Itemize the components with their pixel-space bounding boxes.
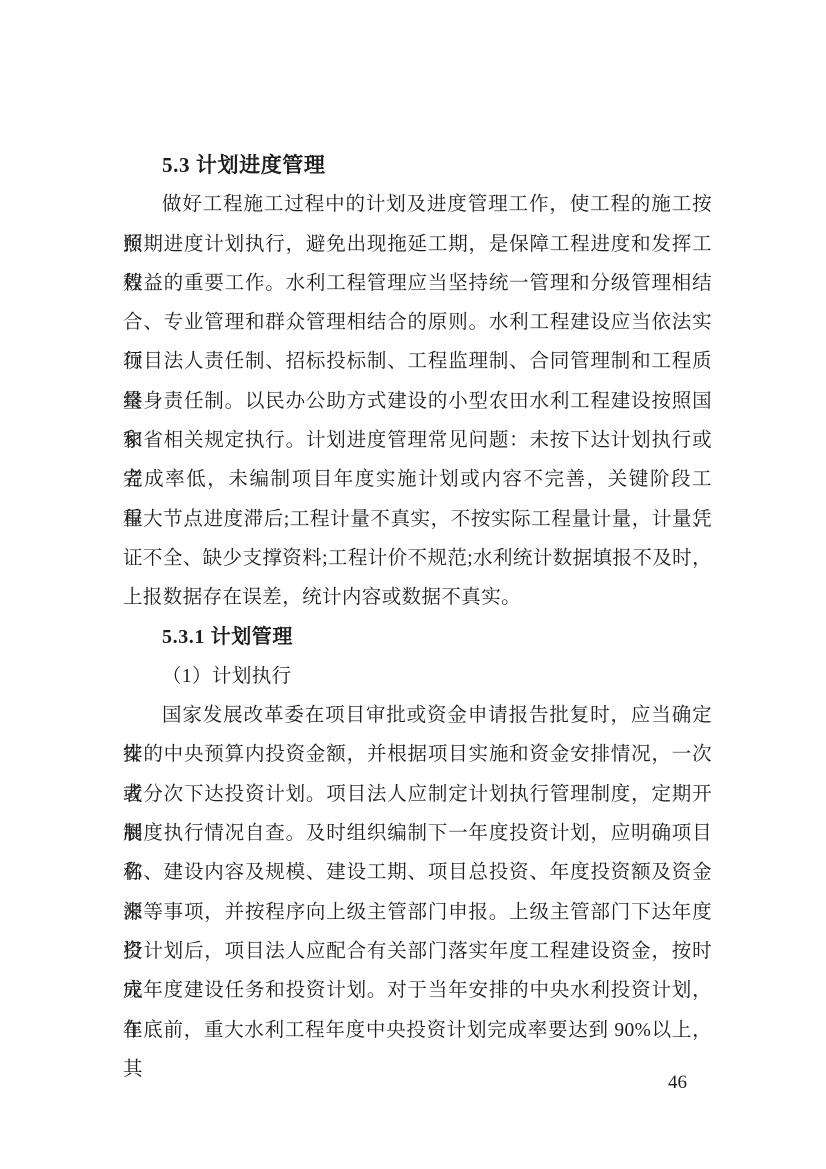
paragraph-line: 称、建设内容及规模、建设工期、项目总投资、年度投资额及资金来 [123,853,712,892]
paragraph-line: 证不全、缺少支撑资料;工程计价不规范;水利统计数据填报不及时， [123,539,712,578]
paragraph-line: 源等事项，并按程序向上级主管部门申报。上级主管部门下达年度投 [123,893,712,932]
paragraph-line: 和省相关规定执行。计划进度管理常见问题：未按下达计划执行或者 [123,421,712,460]
paragraph-line: 合、专业管理和群众管理相结合的原则。水利工程建设应当依法实行 [123,303,712,342]
paragraph-line: 重大节点进度滞后;工程计量不真实，不按实际工程量计量，计量凭 [123,500,712,539]
subsection-heading: 5.3.1 计划管理 [123,618,712,657]
paragraph-line: 排的中央预算内投资金额，并根据项目实施和资金安排情况，一次或 [123,735,712,774]
paragraph-line: 上报数据存在误差，统计内容或数据不真实。 [123,578,712,617]
paragraph-line: 效益的重要工作。水利工程管理应当坚持统一管理和分级管理相结 [123,264,712,303]
list-item-heading: （1）计划执行 [123,657,712,696]
paragraph-line: 年底前，重大水利工程年度中央投资计划完成率要达到 90%以上，其 [123,1011,712,1050]
paragraph-line: 预期进度计划执行，避免出现拖延工期，是保障工程进度和发挥工程 [123,225,712,264]
paragraph-line: 制度执行情况自查。及时组织编制下一年度投资计划，应明确项目名 [123,814,712,853]
paragraph-line: 资计划后，项目法人应配合有关部门落实年度工程建设资金，按时完 [123,932,712,971]
paragraph-line: 国家发展改革委在项目审批或资金申请报告批复时，应当确定安 [123,696,712,735]
section-heading: 5.3 计划进度管理 [123,146,712,185]
paragraph-line: 做好工程施工过程中的计划及进度管理工作，使工程的施工按照 [123,185,712,224]
paragraph-line: 完成率低，未编制项目年度实施计划或内容不完善，关键阶段工程、 [123,460,712,499]
document-page: 5.3 计划进度管理 做好工程施工过程中的计划及进度管理工作，使工程的施工按照 … [0,0,826,1169]
page-body: 5.3 计划进度管理 做好工程施工过程中的计划及进度管理工作，使工程的施工按照 … [123,146,712,1050]
page-number: 46 [668,1070,687,1096]
paragraph-line: 者分次下达投资计划。项目法人应制定计划执行管理制度，定期开展 [123,775,712,814]
paragraph-line: 项目法人责任制、招标投标制、工程监理制、合同管理制和工程质量 [123,342,712,381]
paragraph-line: 终身责任制。以民办公助方式建设的小型农田水利工程建设按照国家 [123,382,712,421]
paragraph-line: 成年度建设任务和投资计划。对于当年安排的中央水利投资计划，在 [123,971,712,1010]
